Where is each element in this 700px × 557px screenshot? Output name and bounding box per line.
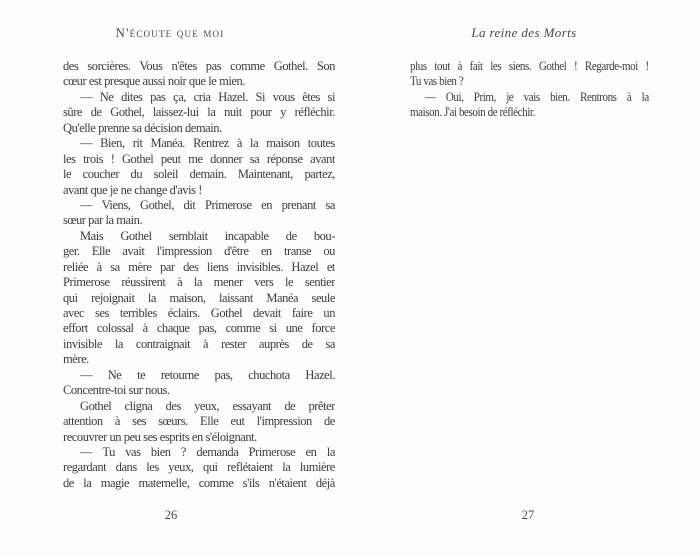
page-number-right: 27 [418,507,638,523]
text-line: dessorcières.Vousn'êtespascommeGothel.So… [63,59,335,74]
text-line: lestrois!Gothelpeutmedonnersaréponseavan… [63,152,335,167]
text-line: attentionàsessœurs.Elleeutl'impressionde [63,414,335,429]
text-line: delamagiematernelle,commes'ilsn'étaientd… [63,476,335,491]
text-line: avecsesterribleséclairs.Gotheldevaitfair… [63,306,335,321]
text-line: —Bien,ritManéa.Rentrezàlamaisontoutes [63,136,335,151]
text-line: sûredeGothel,laissez-luilanuitpouryréflé… [63,105,335,120]
text-line: Qu'elle prenne sa décision demain. [63,121,335,136]
text-line: recouvrer un peu ses esprits en s'éloign… [63,430,335,445]
text-line: maison. J'ai besoin de réfléchir. [410,105,649,120]
text-line: avant que je ne change d'avis ! [63,183,335,198]
text-line: quirejoignaitlamaison,laissantManéaseule [63,291,335,306]
left-page-text: dessorcières.Vousn'êtespascommeGothel.So… [63,59,335,491]
text-line: lecoucherdusoleildemain.Maintenant,parte… [63,167,335,182]
text-line: regardantdanslesyeux,quireflétaientlalum… [63,460,335,475]
text-line: effortcolossalàchaquepas,commesiuneforce [63,321,335,336]
text-line: —Tuvasbien?demandaPrimeroseenla [63,445,335,460]
text-line: Gothelclignadesyeux,essayantdeprêter [63,399,335,414]
text-line: invisiblelacontraignaitàresterauprèsdesa [63,337,335,352]
text-line: —Viens,Gothel,ditPrimeroseenprenantsa [63,198,335,213]
text-line: ger.Elleavaitl'impressiond'êtreentranseo… [63,244,335,259]
text-line: Primeroseréussirentàlamenerverslesentier [63,275,335,290]
text-line: reliéeàsamèrepardesliensinvisibles.Hazel… [63,260,335,275]
text-line: Concentre-toi sur nous. [63,383,335,398]
running-header-left: N'écoute que moi [70,25,270,41]
text-line: cœur est presque aussi noir que le mien. [63,74,335,89]
text-line: —Neteretournepas,chuchotaHazel. [63,368,335,383]
book-spread: N'écoute que moi La reine des Morts dess… [0,0,700,557]
running-header-right: La reine des Morts [414,25,634,41]
text-line: plustoutàfaitlessiens.Gothel!Regarde-moi… [410,59,649,74]
text-line: sœur par la main. [63,213,335,228]
text-line: —Oui,Prim,jevaisbien.Rentronsàla [410,90,649,105]
page-number-left: 26 [71,507,271,523]
text-line: —Neditespasça,criaHazel.Sivousêtessi [63,90,335,105]
text-line: MaisGothelsemblaitincapabledebou- [63,229,335,244]
right-page-text: plustoutàfaitlessiens.Gothel!Regarde-moi… [410,59,649,121]
text-line: Tu vas bien ? [410,74,649,89]
text-line: mère. [63,352,335,367]
